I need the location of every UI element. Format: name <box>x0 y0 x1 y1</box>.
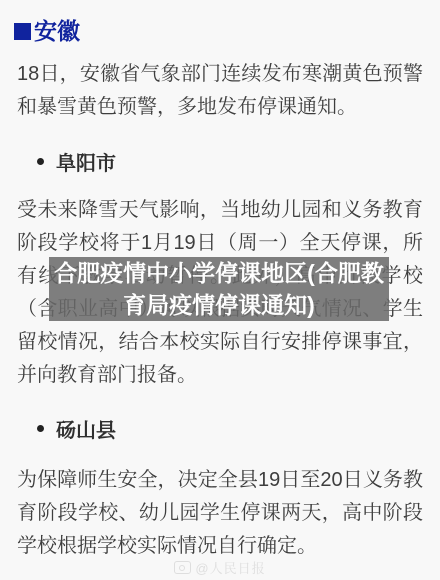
watermark-handle: @人民日报 <box>195 558 265 577</box>
section-header: 安徽 <box>14 19 80 43</box>
list-item-dangshan: 砀山县 <box>37 414 116 443</box>
square-bullet-icon <box>14 23 31 40</box>
overlay-title-banner: 合肥疫情中小学停课地区(合肥教育局疫情停课通知) <box>49 257 389 321</box>
city-name-fuyang: 阜阳市 <box>56 147 116 176</box>
intro-paragraph: 18日，安徽省气象部门连续发布寒潮黄色预警和暴雪黄色预警，多地发布停课通知。 <box>17 58 423 124</box>
dangshan-paragraph: 为保障师生安全，决定全县19日至20日义务教育阶段学校、幼儿园学生停课两天，高中… <box>17 464 423 563</box>
article-page: 安徽 18日，安徽省气象部门连续发布寒潮黄色预警和暴雪黄色预警，多地发布停课通知… <box>0 0 440 580</box>
overlay-title-text: 合肥疫情中小学停课地区(合肥教育局疫情停课通知) <box>49 257 389 321</box>
list-item-fuyang: 阜阳市 <box>37 147 116 176</box>
county-name-dangshan: 砀山县 <box>56 414 116 443</box>
watermark: @人民日报 <box>0 558 440 577</box>
camera-icon <box>174 561 191 574</box>
bullet-dot-icon <box>37 158 44 165</box>
bullet-dot-icon <box>37 425 44 432</box>
section-title: 安徽 <box>34 19 80 43</box>
